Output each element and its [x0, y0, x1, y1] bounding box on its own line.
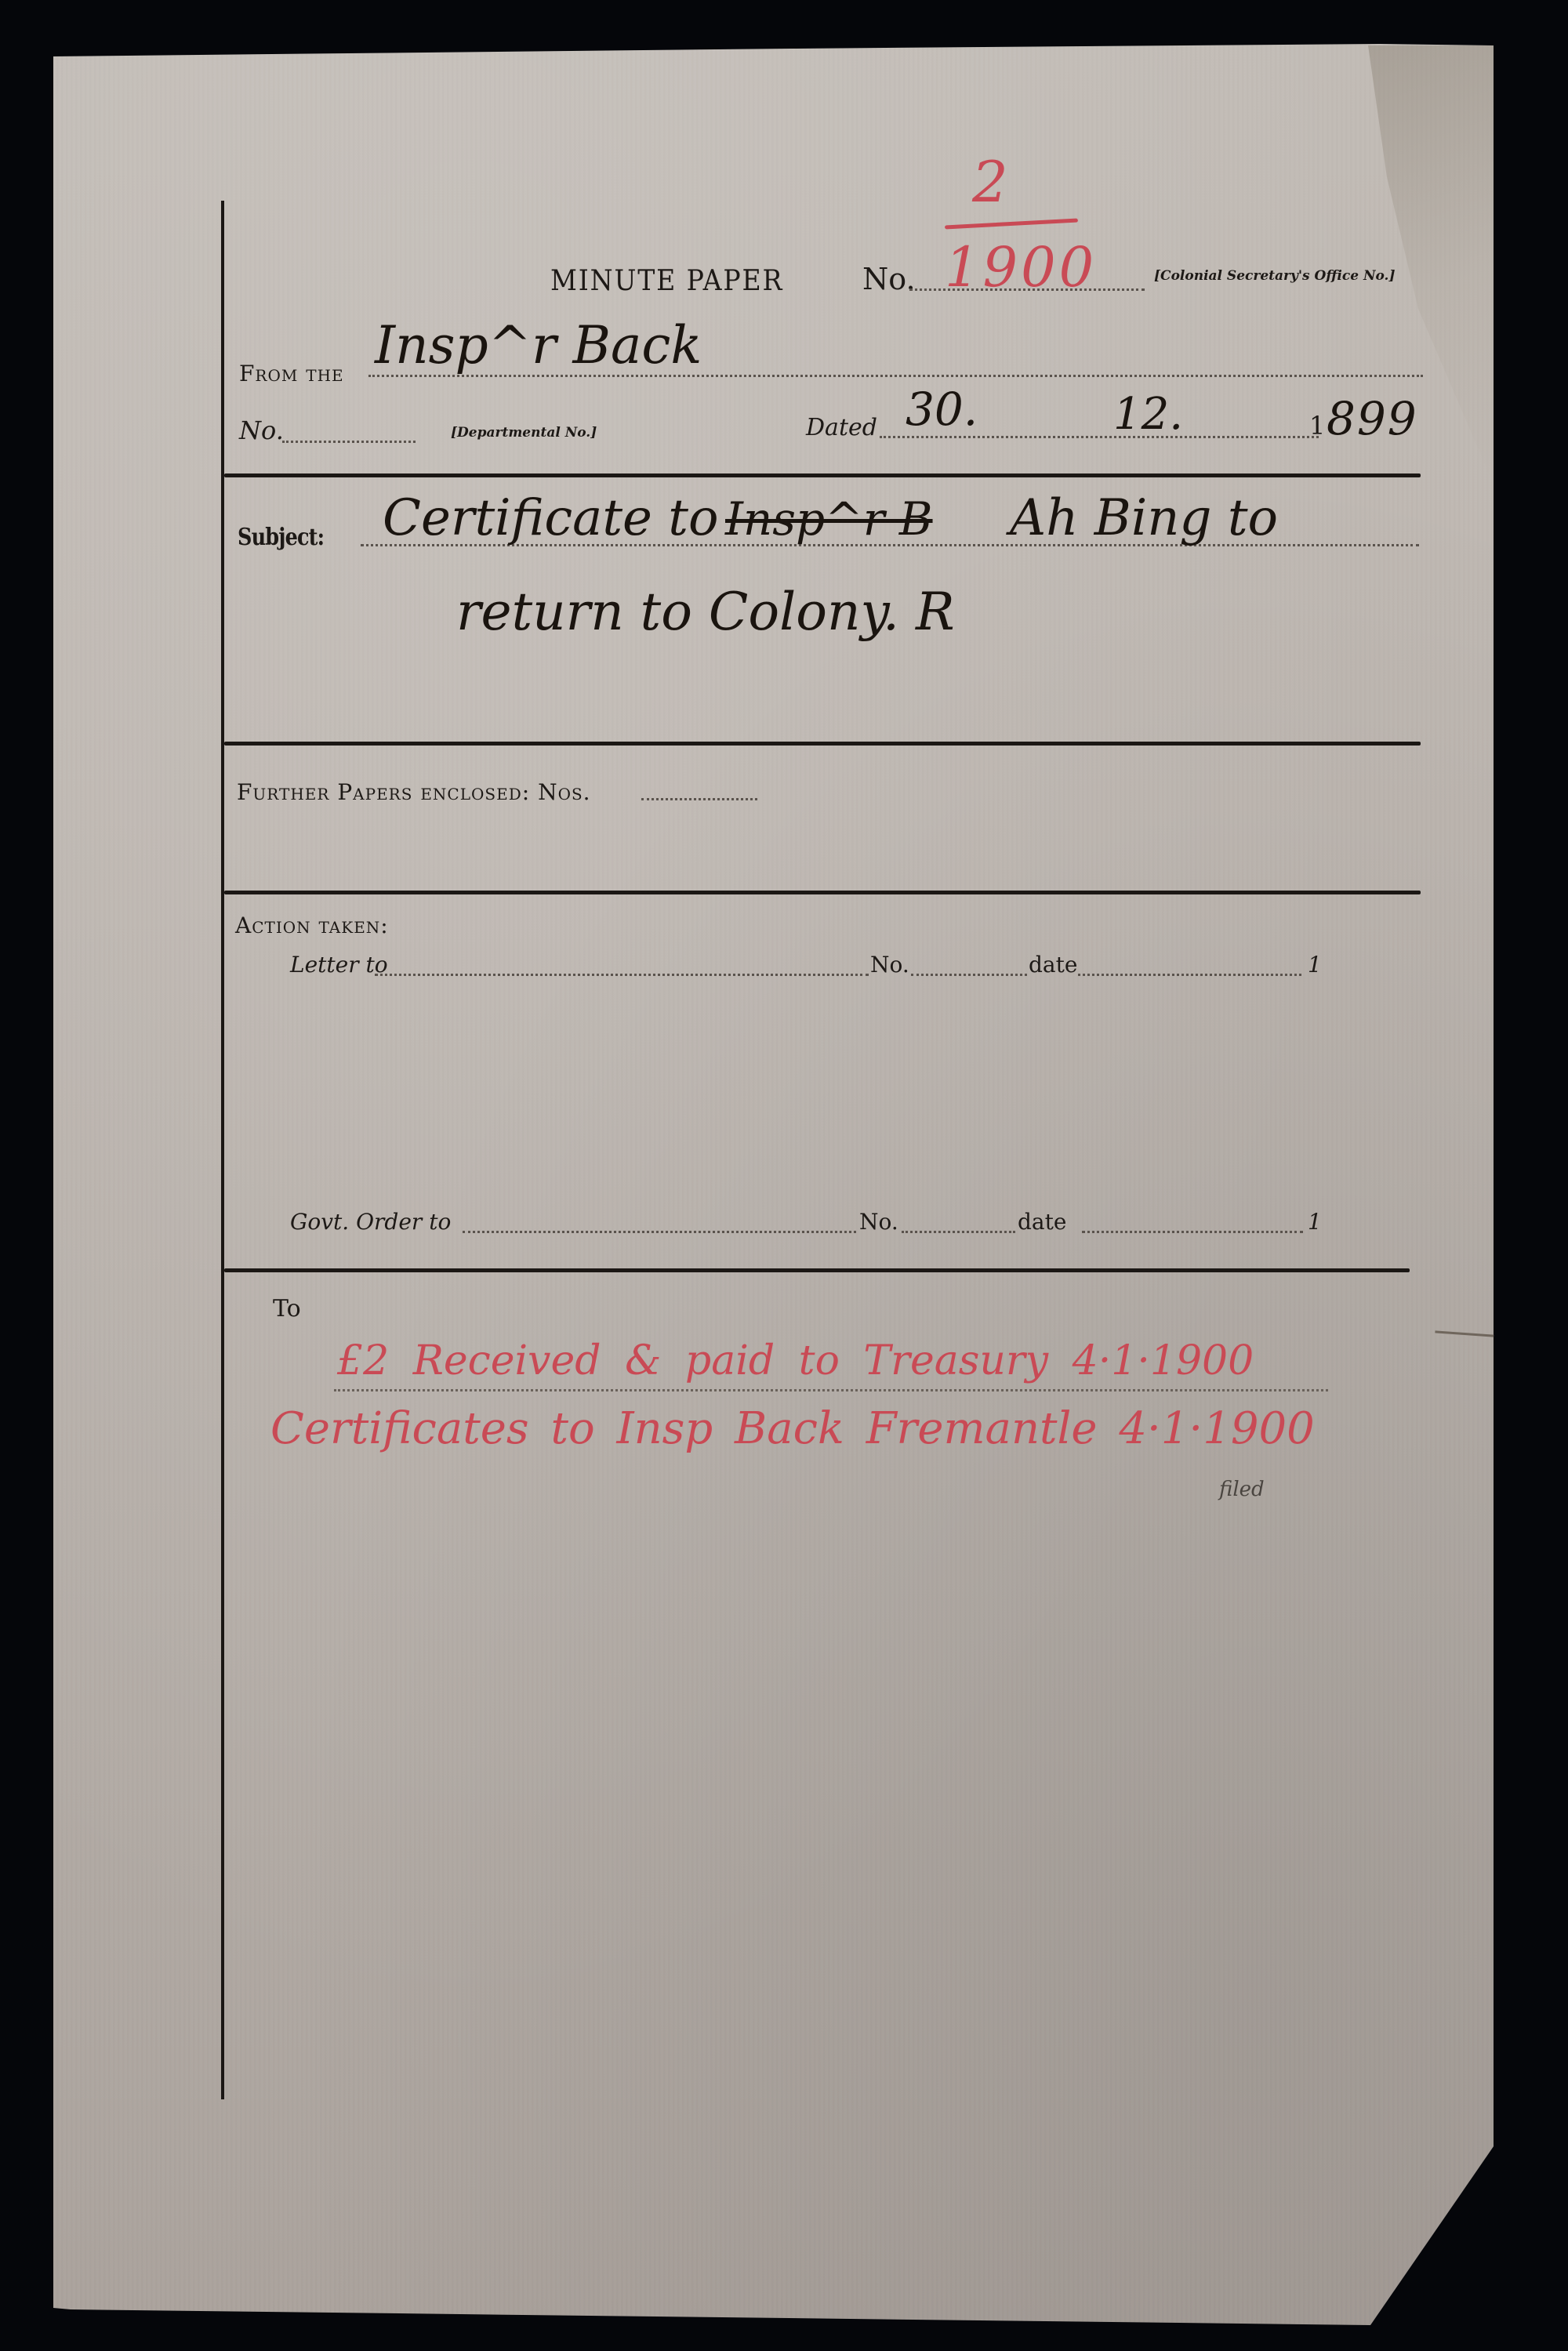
action-taken-label: Action taken:: [235, 912, 389, 938]
letter-date-label: date: [1029, 952, 1077, 978]
govt-order-year-prefix: 1: [1308, 1209, 1322, 1235]
subject-text-start: Certificate to: [383, 489, 719, 547]
margin-rule: [221, 201, 224, 2099]
govt-order-line: [463, 1231, 856, 1233]
rule-after-action: [224, 1268, 1410, 1272]
govt-order-no-label: No.: [859, 1209, 898, 1235]
date-month: 12.: [1113, 389, 1183, 440]
form-number-line: [909, 288, 1145, 291]
rule-after-header: [224, 473, 1421, 477]
departmental-no-line: [282, 441, 416, 443]
from-label: From the: [239, 361, 344, 386]
departmental-no-label: No.: [239, 415, 284, 445]
subject-text-line2: return to Colony. R: [456, 582, 955, 642]
subject-struck-text: Insp^r B: [725, 492, 933, 546]
red-entry-certificates: Certificates to Insp Back Fremantle 4·1·…: [270, 1403, 1315, 1454]
letter-to-label: Letter to: [290, 952, 388, 978]
govt-order-date-line: [1082, 1231, 1303, 1233]
rule-after-subject: [224, 742, 1421, 746]
date-year: 899: [1327, 392, 1418, 445]
date-day: 30.: [906, 383, 978, 436]
govt-order-no-line: [902, 1231, 1015, 1233]
red-entry-received: £2 Received & paid to Treasury 4·1·1900: [337, 1337, 1254, 1384]
letter-no-label: No.: [870, 952, 909, 978]
subject-text-end: Ah Bing to: [1010, 489, 1278, 547]
letter-no-line: [911, 974, 1027, 976]
date-year-prefix: 1: [1309, 411, 1325, 441]
document-stage: 2 1900 MINUTE PAPER No. [Colonial Secret…: [0, 0, 1568, 2351]
letter-to-line: [375, 974, 869, 976]
to-line: [334, 1389, 1328, 1391]
office-number-note: [Colonial Secretary's Office No.]: [1154, 268, 1396, 284]
subject-label: Subject:: [238, 524, 324, 551]
further-papers-label: Further Papers enclosed: Nos.: [237, 779, 591, 805]
form-number-label: No.: [862, 262, 916, 296]
letter-year-prefix: 1: [1308, 952, 1322, 978]
to-label: To: [273, 1295, 301, 1322]
govt-order-label: Govt. Order to: [290, 1209, 451, 1235]
departmental-no-note: [Departmental No.]: [451, 425, 597, 441]
further-papers-line: [641, 798, 757, 800]
dated-line: [880, 436, 1319, 438]
from-value: Insp^r Back: [375, 315, 702, 376]
paper-sheet: [0, 0, 1568, 2351]
letter-date-line: [1078, 974, 1301, 976]
form-title: MINUTE PAPER: [550, 265, 783, 297]
govt-order-date-label: date: [1018, 1209, 1066, 1235]
dated-label: Dated: [806, 414, 877, 441]
rule-after-further-papers: [224, 891, 1421, 894]
paper-number-top: 2: [972, 149, 1008, 215]
pencil-filed-note: filed: [1219, 1478, 1265, 1501]
